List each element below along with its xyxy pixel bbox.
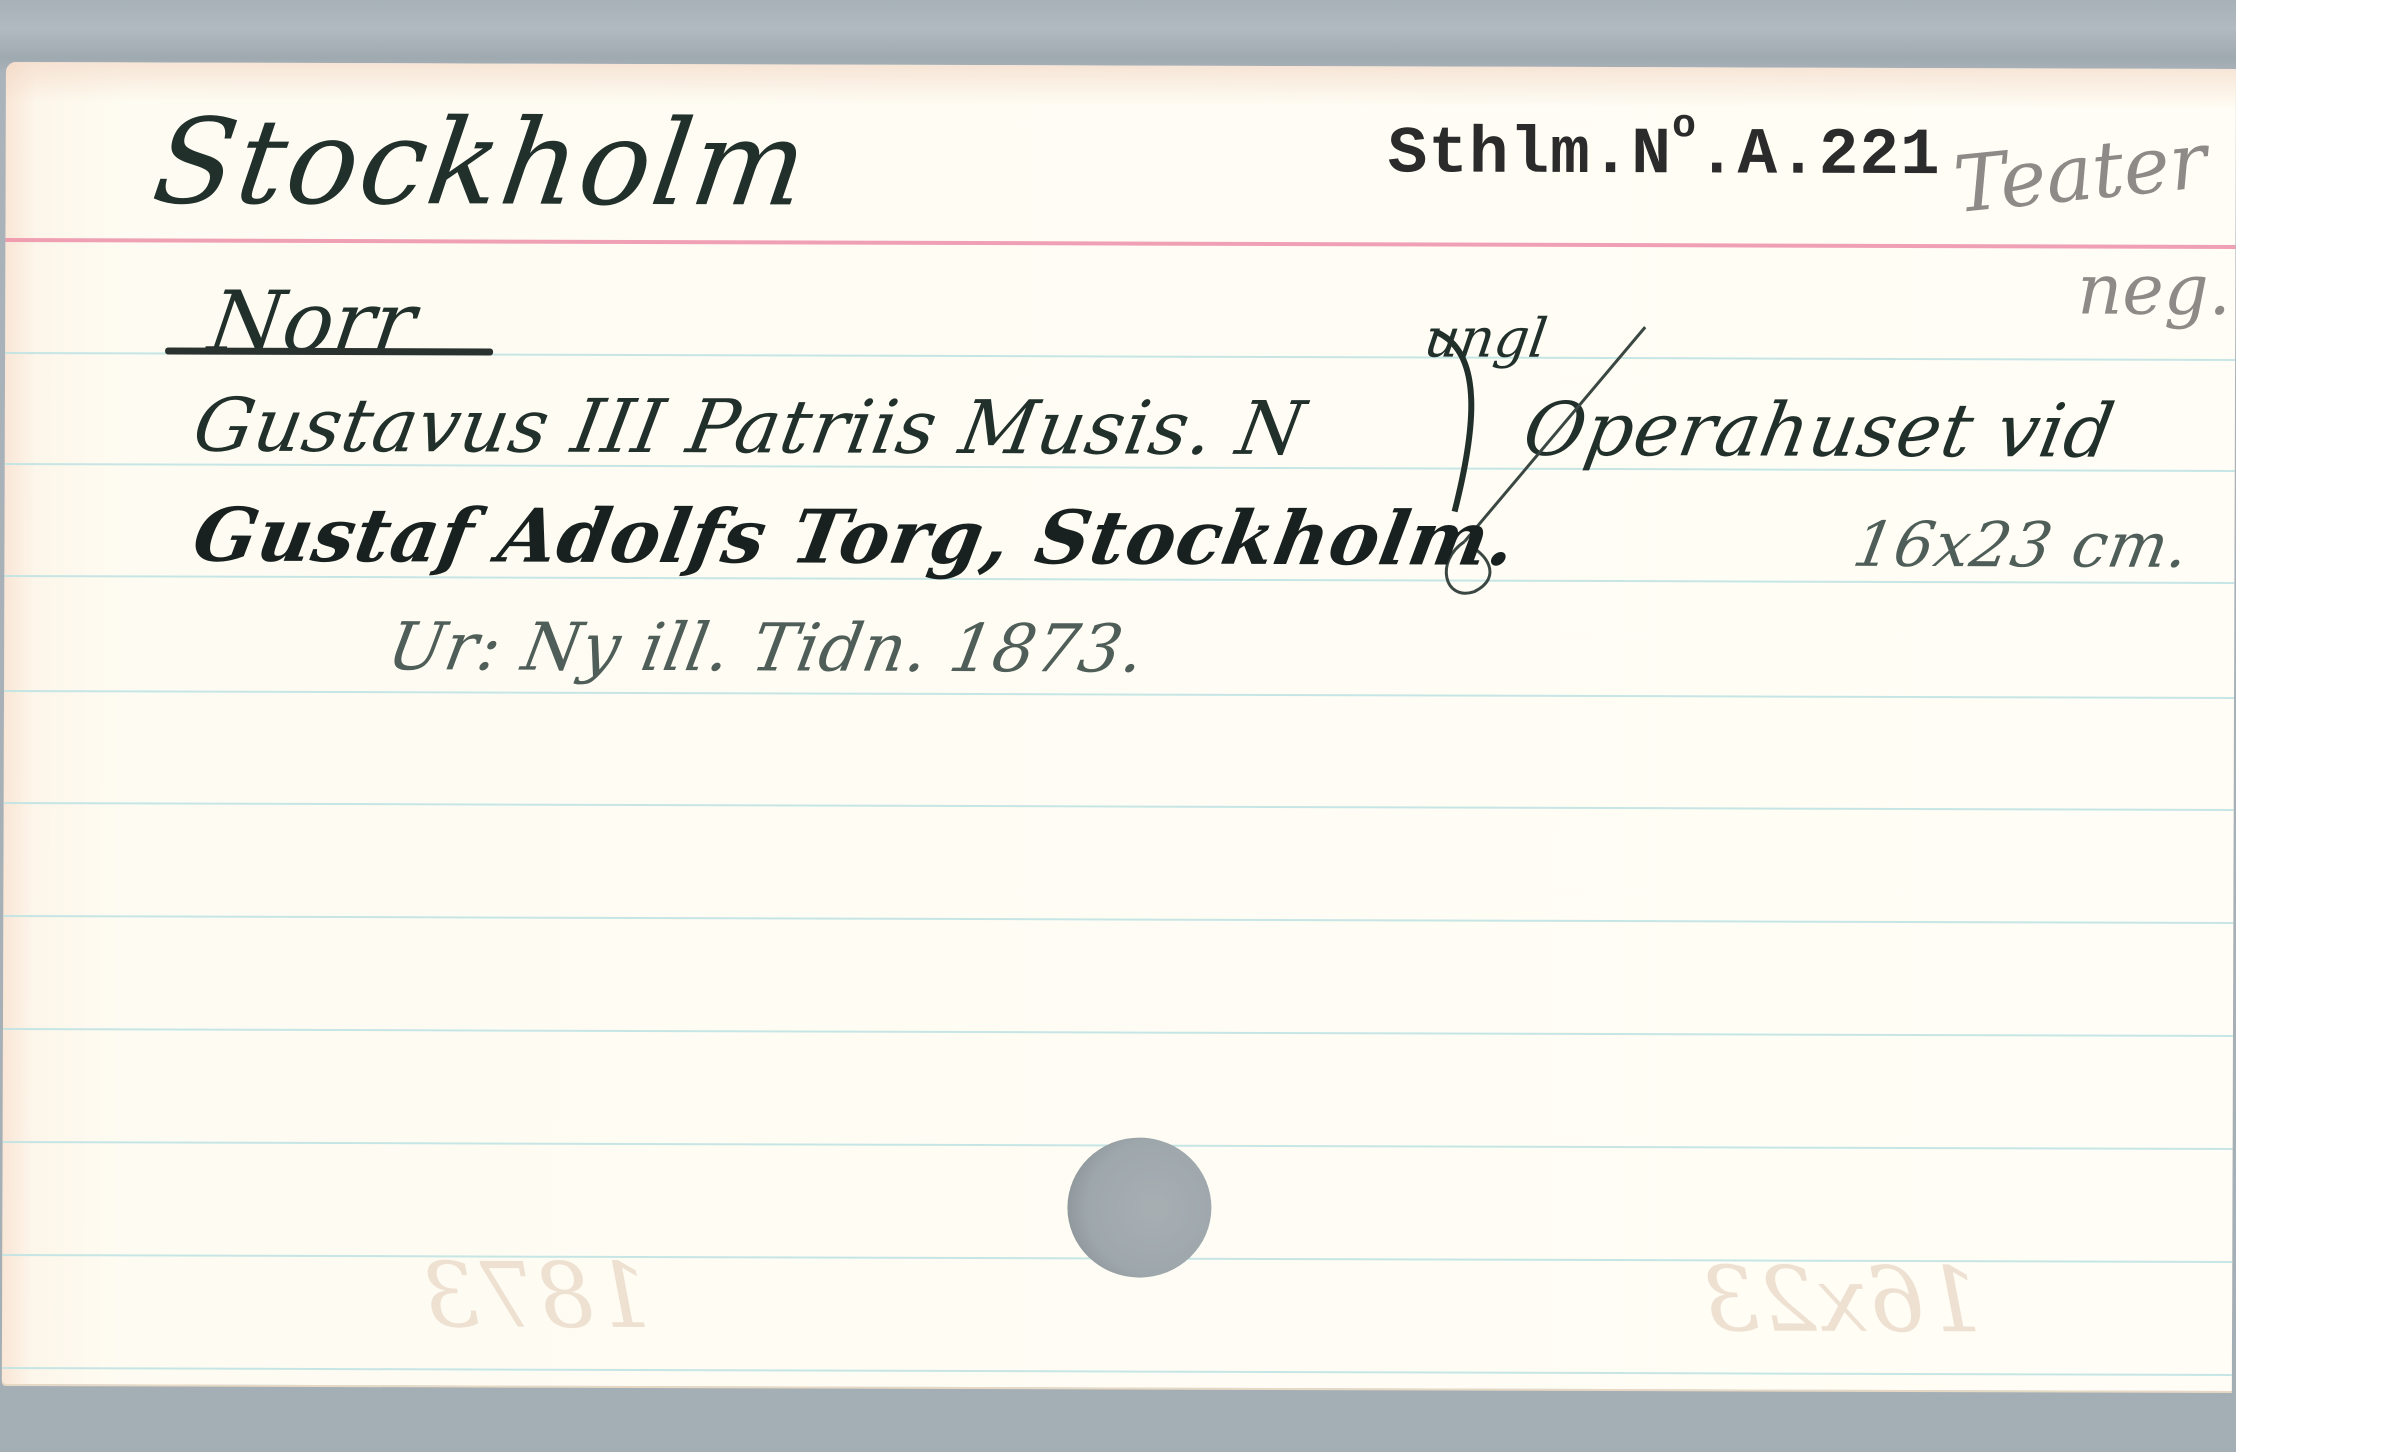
dimensions: 16x23 cm. — [1848, 508, 2196, 582]
description-line-2: Gustaf Adolfs Torg, Stockholm. — [187, 493, 1524, 583]
description-line-1: Gustavus III Patriis Musis. N — [187, 383, 1312, 472]
source-line: Ur: Ny ill. Tidn. 1873. — [382, 608, 1151, 687]
subheading-underline — [165, 348, 493, 356]
reverse-showthrough-left: 1873 — [422, 1243, 651, 1349]
ruled-line — [2, 1367, 2232, 1376]
catalog-card: Stockholm Norr Sthlm.No.A.221 Teater neg… — [2, 62, 2236, 1391]
punch-hole — [1067, 1137, 1211, 1277]
card-subheading: Norr — [203, 273, 421, 372]
reverse-showthrough-right: 16x23 — [1702, 1247, 1982, 1353]
ruled-line — [4, 690, 2234, 699]
header-red-rule — [5, 238, 2235, 249]
shelfmark-superscript: o — [1672, 104, 1697, 149]
ruled-line — [4, 802, 2234, 811]
shelfmark-prefix: Sthlm.N — [1388, 116, 1672, 192]
shelfmark: Sthlm.No.A.221 — [1388, 116, 1941, 193]
category-note: Teater — [1950, 116, 2211, 231]
format-note: neg. — [2077, 249, 2231, 331]
card-heading: Stockholm — [146, 93, 817, 233]
ruled-line — [3, 1028, 2233, 1037]
ruled-line — [3, 915, 2233, 924]
shelfmark-suffix: .A.221 — [1697, 117, 1941, 193]
